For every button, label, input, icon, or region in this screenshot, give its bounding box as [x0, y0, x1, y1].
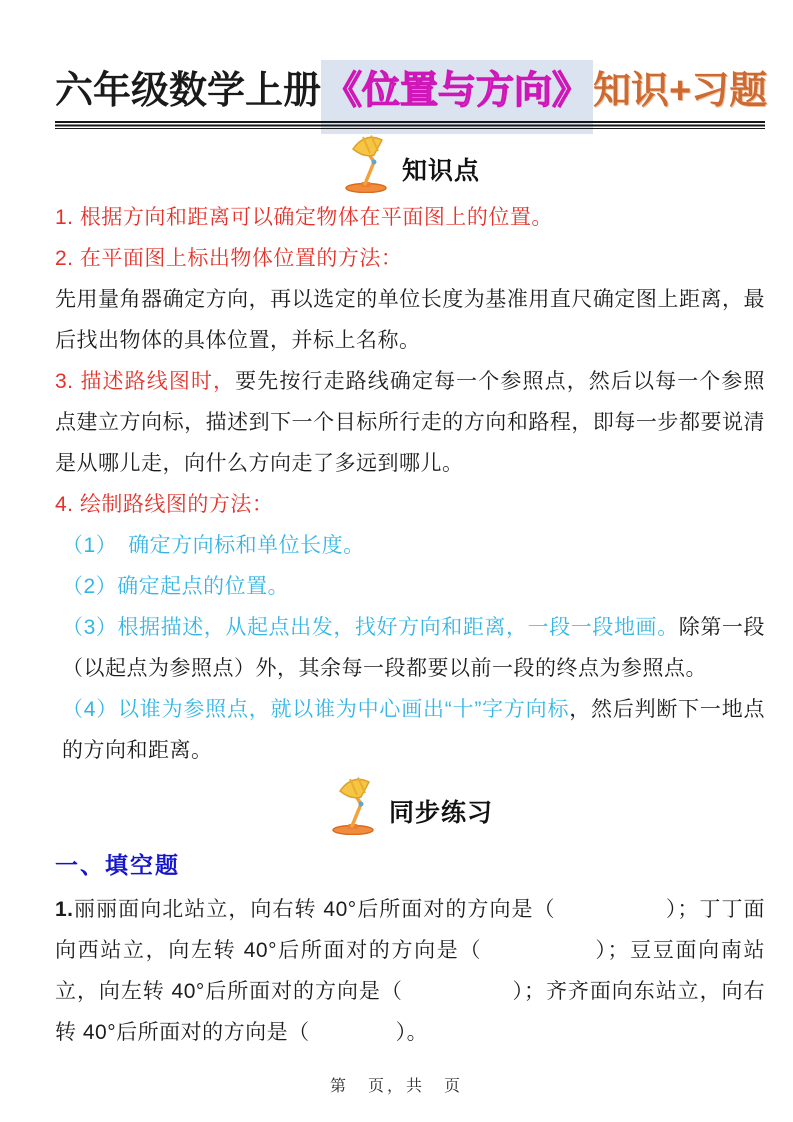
practice-heading: 同步练习 — [389, 793, 493, 835]
sub-3-lead: （3）根据描述，从起点出发，找好方向和距离，一段一段地画。 — [62, 616, 679, 639]
point-1-text: 1. 根据方向和距离可以确定物体在平面图上的位置。 — [55, 206, 553, 229]
lamp-icon — [340, 135, 394, 193]
page-title: 六年级数学上册《位置与方向》知识+习题 — [55, 64, 765, 118]
practice-section-header: 同步练习 — [55, 773, 765, 835]
knowledge-point-1: 1. 根据方向和距离可以确定物体在平面图上的位置。 — [55, 197, 765, 238]
knowledge-point-4: 4. 绘制路线图的方法： — [55, 484, 765, 525]
knowledge-point-2-detail: 先用量角器确定方向，再以选定的单位长度为基准用直尺确定图上距离，最后找出物体的具… — [55, 279, 765, 361]
title-part-suffix: 知识+习题 — [593, 70, 767, 112]
document-title-block: 六年级数学上册《位置与方向》知识+习题 — [55, 64, 765, 129]
title-part-grade: 六年级数学上册 — [55, 70, 321, 112]
fill-in-blank-section-title: 一、填空题 — [55, 845, 765, 885]
knowledge-heading: 知识点 — [402, 151, 480, 193]
question-1-text: 丽丽面向北站立，向右转 40°后所面对的方向是（ ）；丁丁面向西站立，向左转 4… — [55, 898, 765, 1044]
sub-2-text: （2）确定起点的位置。 — [62, 575, 289, 598]
worksheet-page: 六年级数学上册《位置与方向》知识+习题 知识点 1. 根据方向和距离可以确定物体… — [0, 0, 793, 1122]
title-divider — [55, 121, 765, 129]
sub-4-lead: （4）以谁为参照点，就以谁为中心画出“十”字方向标 — [62, 698, 569, 721]
lamp-icon — [327, 777, 381, 835]
point-4-text: 4. 绘制路线图的方法： — [55, 493, 273, 516]
knowledge-sub-4: （4）以谁为参照点，就以谁为中心画出“十”字方向标，然后判断下一地点的方向和距离… — [55, 689, 765, 771]
point-3-lead: 3. 描述路线图时， — [55, 370, 235, 393]
question-1: 1.丽丽面向北站立，向右转 40°后所面对的方向是（ ）；丁丁面向西站立，向左转… — [55, 889, 765, 1053]
knowledge-body: 1. 根据方向和距离可以确定物体在平面图上的位置。 2. 在平面图上标出物体位置… — [55, 197, 765, 771]
question-1-number: 1. — [55, 898, 74, 921]
knowledge-sub-2: （2）确定起点的位置。 — [55, 566, 765, 607]
page-footer: 第 页，共 页 — [0, 1073, 793, 1096]
knowledge-sub-3: （3）根据描述，从起点出发，找好方向和距离，一段一段地画。除第一段（以起点为参照… — [55, 607, 765, 689]
knowledge-point-3: 3. 描述路线图时，要先按行走路线确定每一个参照点，然后以每一个参照点建立方向标… — [55, 361, 765, 484]
point-2-text: 2. 在平面图上标出物体位置的方法： — [55, 247, 402, 270]
sub-1-text: （1） 确定方向标和单位长度。 — [62, 534, 365, 557]
knowledge-section-header: 知识点 — [55, 131, 765, 193]
knowledge-sub-1: （1） 确定方向标和单位长度。 — [55, 525, 765, 566]
knowledge-point-2: 2. 在平面图上标出物体位置的方法： — [55, 238, 765, 279]
point-2-detail-text: 先用量角器确定方向，再以选定的单位长度为基准用直尺确定图上距离，最后找出物体的具… — [55, 288, 765, 352]
